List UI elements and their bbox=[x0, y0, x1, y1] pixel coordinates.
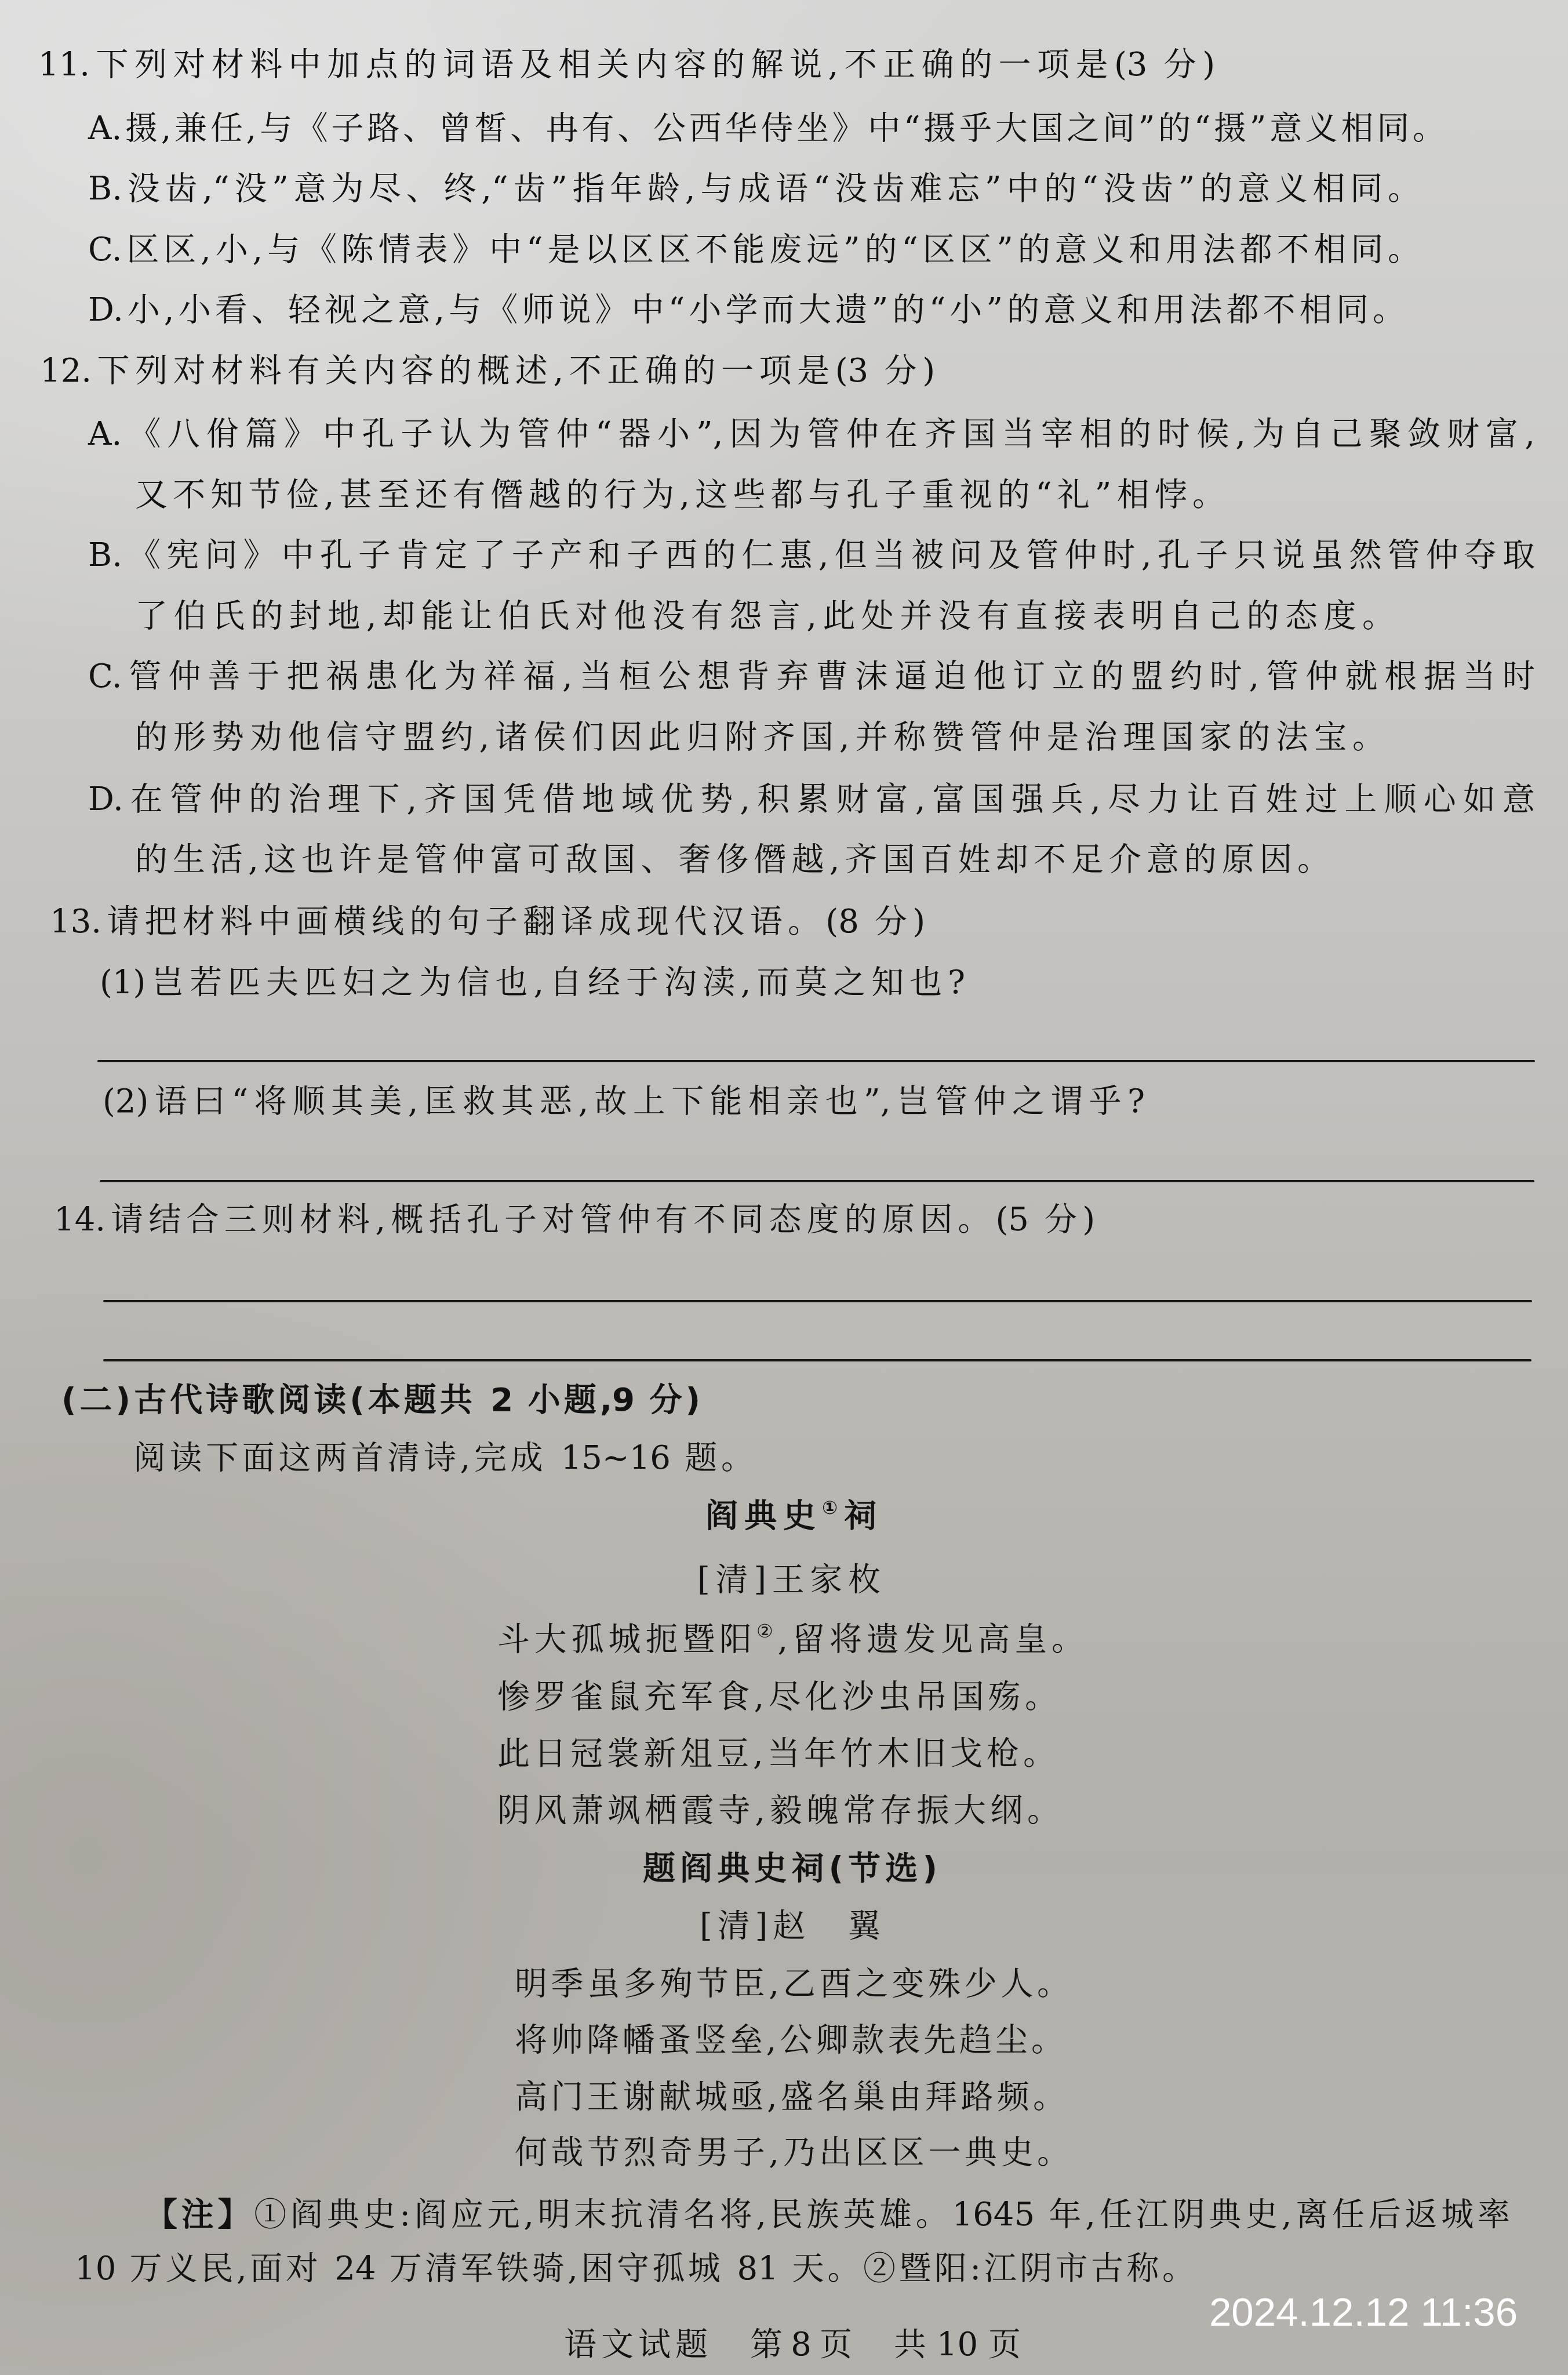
q12-option-d-line2: 的生活,这也许是管仲富可敌国、奢侈僭越,齐国百姓却不足介意的原因。 bbox=[135, 840, 1330, 880]
poem2-author: [清]赵 翼 bbox=[700, 1906, 881, 1947]
notes-line-1: 【注】①阎典史:阎应元,明末抗清名将,民族英雄。1645 年,任江阴典史,离任后… bbox=[145, 2195, 1510, 2235]
q13-item-2: (2)语曰“将顺其美,匡救其恶,故上下能相亲也”,岂管仲之谓乎? bbox=[103, 1081, 1145, 1122]
q12-option-c-line1: C.管仲善于把祸患化为祥福,当桓公想背弃曹沫逼迫他订立的盟约时,管仲就根据当时 bbox=[88, 656, 1535, 697]
q11-option-d: D.小,小看、轻视之意,与《师说》中“小学而大遗”的“小”的意义和用法都不相同。 bbox=[88, 290, 1405, 331]
q13-item-2-answer-line bbox=[100, 1180, 1534, 1182]
q14-answer-line-1 bbox=[103, 1300, 1532, 1302]
q12-title: 12.下列对材料有关内容的概述,不正确的一项是(3 分) bbox=[40, 351, 935, 391]
poem1-line-4: 阴风萧飒栖霞寺,毅魄常存振大纲。 bbox=[497, 1791, 1060, 1831]
poem2-line-4: 何哉节烈奇男子,乃出区区一典史。 bbox=[515, 2133, 1069, 2173]
poem2-line-1: 明季虽多殉节臣,乙酉之变殊少人。 bbox=[515, 1964, 1069, 2004]
poem1-line-2: 惨罗雀鼠充军食,尽化沙虫吊国殇。 bbox=[497, 1677, 1057, 1717]
q12-option-c-line2: 的形势劝他信守盟约,诸侯们因此归附齐国,并称赞管仲是治理国家的法宝。 bbox=[135, 717, 1385, 758]
section2-heading: (二)古代诗歌阅读(本题共 2 小题,9 分) bbox=[61, 1380, 700, 1421]
q11-title: 11.下列对材料中加点的词语及相关内容的解说,不正确的一项是(3 分) bbox=[38, 45, 1215, 85]
footer-page-total: 共10页 bbox=[894, 2325, 1021, 2365]
q11-option-b: B.没齿,“没”意为尽、终,“齿”指年龄,与成语“没齿难忘”中的“没齿”的意义相… bbox=[88, 169, 1420, 209]
poem2-line-2: 将帅降幡蚤竖垒,公卿款表先趋尘。 bbox=[515, 2020, 1064, 2061]
q12-option-b-line2: 了伯氏的封地,却能让伯氏对他没有怨言,此处并没有直接表明自己的态度。 bbox=[135, 596, 1395, 637]
q14-answer-line-2 bbox=[103, 1359, 1531, 1361]
poem1-line-1-text-end: ,留将遗发见高皇。 bbox=[777, 1621, 1084, 1658]
notes-text-1: ①阎典史:阎应元,明末抗清名将,民族英雄。1645 年,任江阴典史,离任后返城率 bbox=[254, 2196, 1510, 2234]
poem2-title: 题阎典史祠(节选) bbox=[643, 1849, 937, 1889]
q13-item-1: (1)岂若匹夫匹妇之为信也,自经于沟渎,而莫之知也? bbox=[100, 963, 965, 1003]
q12-option-a-line2: 又不知节俭,甚至还有僭越的行为,这些都与孔子重视的“礼”相悖。 bbox=[135, 475, 1225, 515]
poem1-title: 阎典史①祠 bbox=[705, 1496, 876, 1537]
photo-timestamp: 2024.12.12 11:36 bbox=[1209, 2292, 1518, 2332]
notes-line-2: 10 万义民,面对 24 万清军铁骑,困守孤城 81 天。②暨阳:江阴市古称。 bbox=[75, 2249, 1195, 2289]
q12-option-b-line1: B.《宪问》中孔子肯定了子产和子西的仁惠,但当被问及管仲时,孔子只说虽然管仲夺取 bbox=[88, 535, 1535, 576]
footnote-marker-1: ① bbox=[822, 1497, 844, 1519]
q13-item-1-answer-line bbox=[97, 1060, 1535, 1062]
footnote-marker-2: ② bbox=[756, 1620, 778, 1642]
q11-option-a: A.摄,兼任,与《子路、曾皙、冉有、公西华侍坐》中“摄乎大国之间”的“摄”意义相… bbox=[88, 108, 1445, 149]
q12-option-d-line1: D.在管仲的治理下,齐国凭借地域优势,积累财富,富国强兵,尽力让百姓过上顺心如意 bbox=[88, 779, 1535, 820]
poem1-line-3: 此日冠裳新俎豆,当年竹木旧戈枪。 bbox=[497, 1734, 1056, 1774]
notes-label: 【注】 bbox=[145, 2196, 254, 2234]
footer-page-number: 第8页 bbox=[750, 2325, 852, 2365]
footer-subject: 语文试题 bbox=[564, 2325, 708, 2365]
poem1-line-1: 斗大孤城扼暨阳②,留将遗发见高皇。 bbox=[497, 1619, 1084, 1660]
q12-option-a-line1: A.《八佾篇》中孔子认为管仲“器小”,因为管仲在齐国当宰相的时候,为自己聚敛财富… bbox=[88, 414, 1535, 455]
q11-option-c: C.区区,小,与《陈情表》中“是以区区不能废远”的“区区”的意义和用法都不相同。 bbox=[88, 230, 1420, 270]
q14-title: 14.请结合三则材料,概括孔子对管仲有不同态度的原因。(5 分) bbox=[54, 1200, 1095, 1240]
poem1-author: [清]王家枚 bbox=[697, 1560, 881, 1600]
poem2-line-3: 高门王谢献城亟,盛名巢由拜路频。 bbox=[515, 2077, 1065, 2118]
poem1-line-1-text: 斗大孤城扼暨阳 bbox=[497, 1621, 756, 1658]
poem1-title-text: 阎典史 bbox=[705, 1497, 822, 1535]
poem1-title-text-end: 祠 bbox=[844, 1497, 876, 1535]
section2-intro: 阅读下面这两首清诗,完成 15~16 题。 bbox=[133, 1438, 754, 1479]
q13-title: 13.请把材料中画横线的句子翻译成现代汉语。(8 分) bbox=[50, 902, 925, 942]
